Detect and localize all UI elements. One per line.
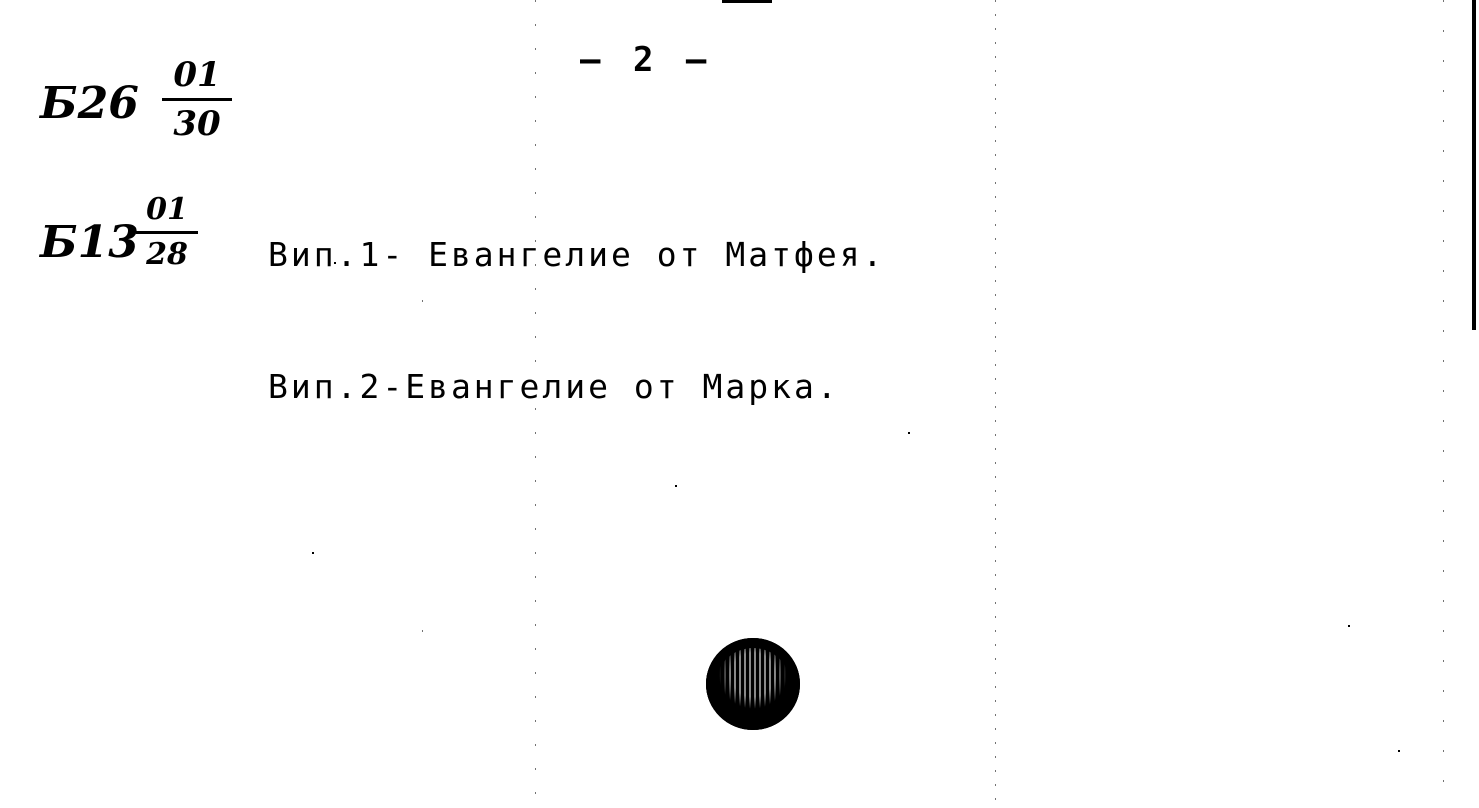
scan-speck — [334, 262, 336, 264]
shelf-mark-numerator: 01 — [162, 58, 232, 92]
card-edge — [1467, 0, 1479, 330]
shelf-mark-fraction: 01 30 — [162, 58, 232, 141]
scan-speck — [908, 432, 910, 434]
entry-line: Вип.2-Евангелие от Марка. — [268, 365, 885, 409]
scan-speck — [675, 485, 677, 487]
top-edge-mark — [722, 0, 772, 3]
shelf-mark-fraction: 01 28 — [136, 195, 198, 270]
scan-speck — [312, 552, 314, 554]
scan-speck — [1348, 625, 1350, 627]
dotted-guide-line — [1443, 0, 1444, 808]
punched-hole — [706, 638, 800, 730]
fraction-bar — [136, 231, 198, 234]
shelf-mark-numerator: 01 — [136, 195, 198, 225]
entry-list: Вип.1- Евангелие от Матфея. Вип.2-Еванге… — [268, 145, 885, 497]
scan-speck — [1398, 750, 1400, 752]
fraction-bar — [162, 98, 232, 101]
shelf-mark-denominator: 30 — [162, 107, 232, 141]
catalog-card: – 2 – Б26 01 30 Б13 01 28 Вип.1- Евангел… — [0, 0, 1479, 808]
shelf-mark-code: Б26 — [40, 78, 139, 129]
page-number: – 2 – — [580, 40, 712, 80]
shelf-mark-denominator: 28 — [136, 240, 198, 270]
shelf-mark-code: Б13 — [40, 217, 139, 268]
entry-line: Вип.1- Евангелие от Матфея. — [268, 233, 885, 277]
dotted-guide-line — [995, 0, 996, 808]
